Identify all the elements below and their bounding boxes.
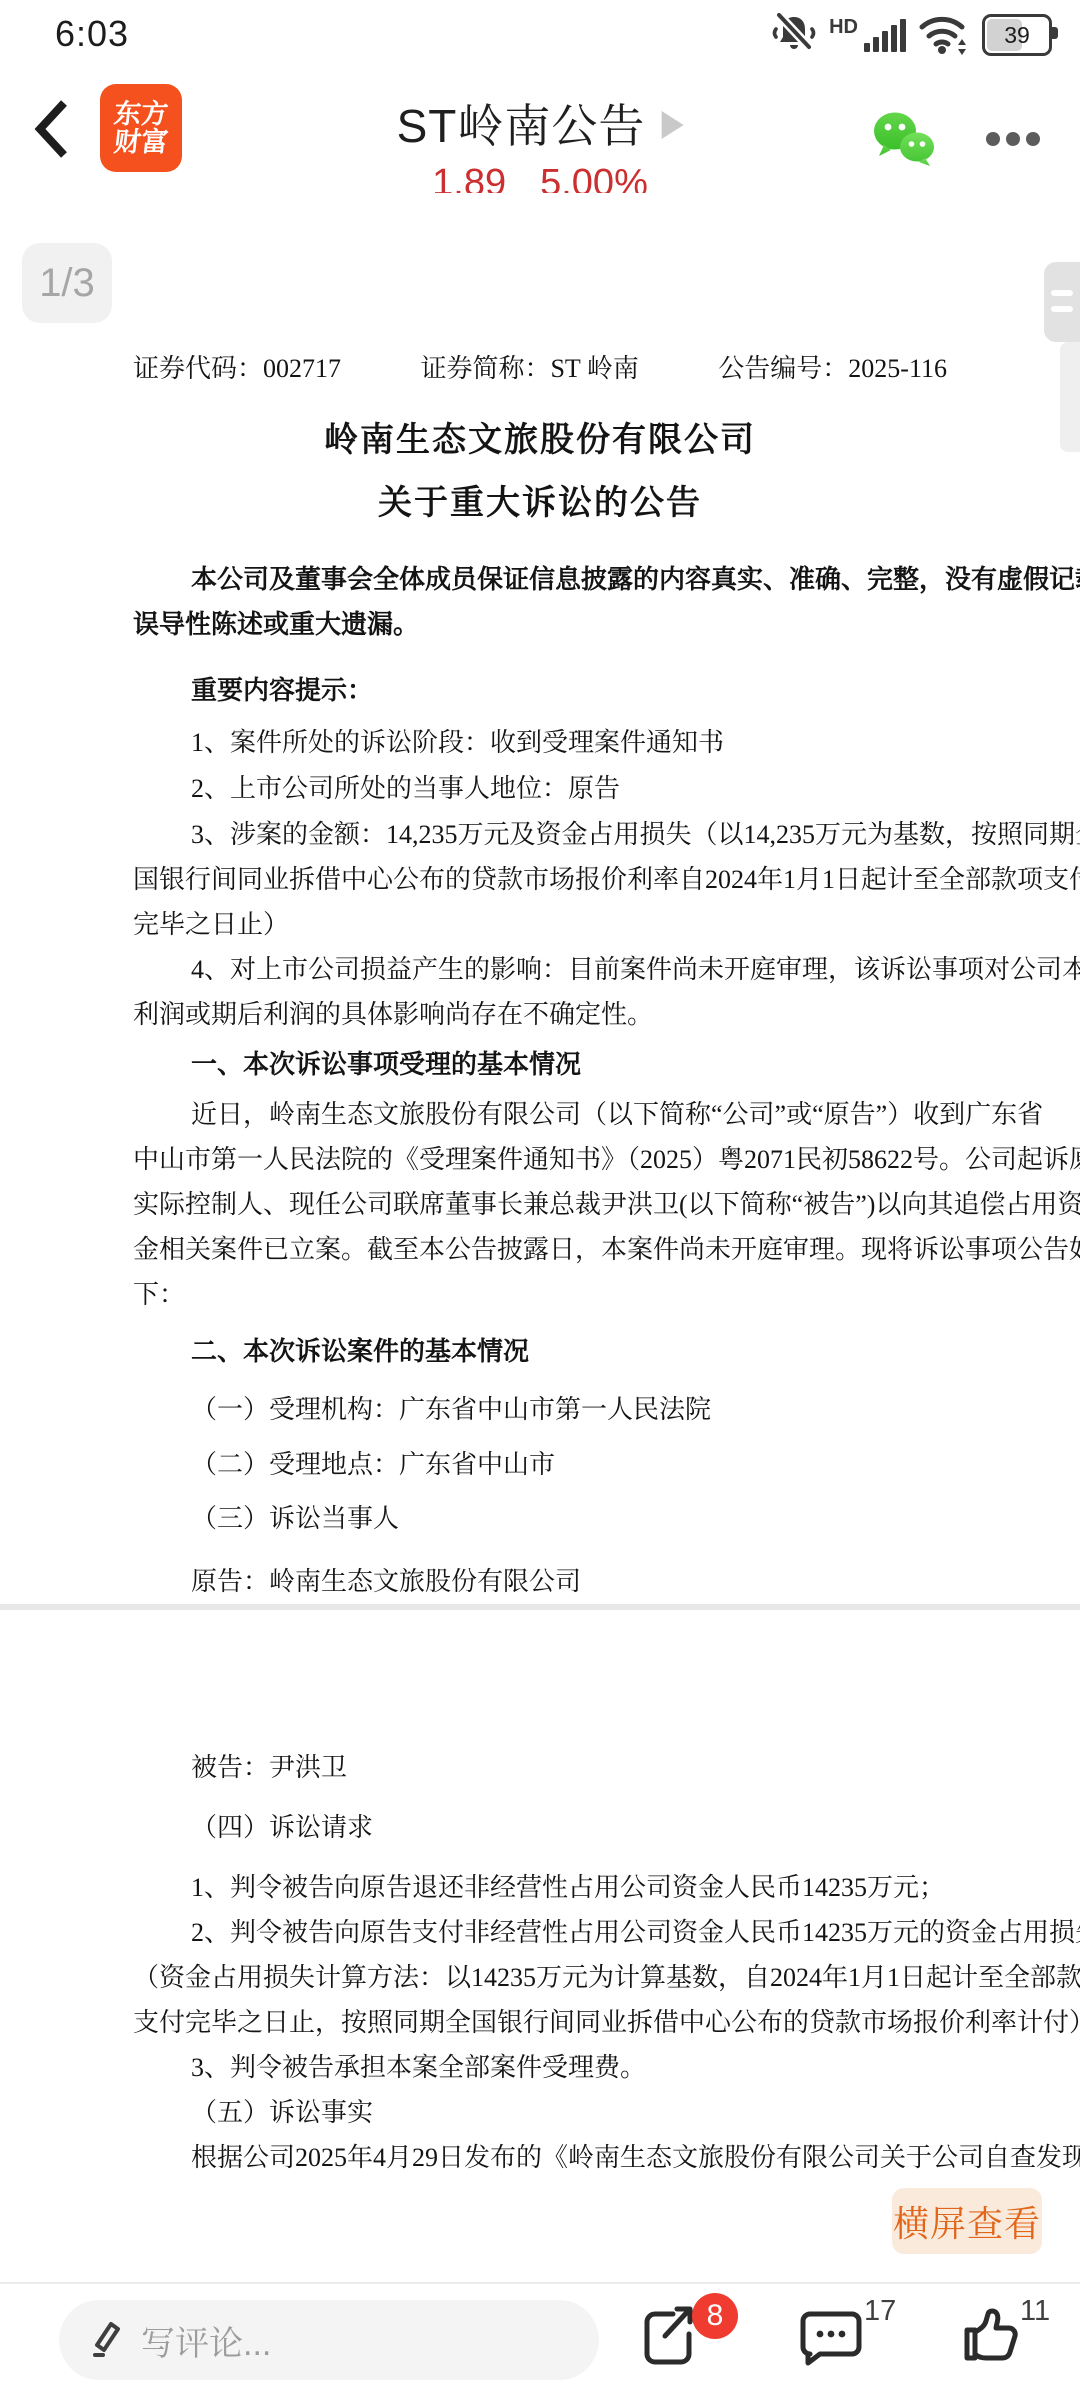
comments-icon[interactable]: [800, 2310, 862, 2371]
landscape-view-button[interactable]: 横屏查看: [892, 2188, 1042, 2254]
page-separator: [0, 1604, 1080, 1610]
doc-line: 关于重大诉讼的公告: [133, 478, 947, 530]
back-icon[interactable]: [30, 98, 74, 160]
doc-line: 3、判令被告承担本案全部案件受理费。: [133, 2045, 947, 2090]
doc-line: 支付完毕之日止，按照同期全国银行间同业拆借中心公布的贷款市场报价利率计付）；: [133, 2000, 947, 2045]
logo-text-top: 东方: [113, 100, 170, 128]
signal-strength-icon: [864, 18, 906, 52]
comment-placeholder: 写评论...: [141, 2316, 271, 2365]
doc-meta-field: 公告编号：2025-116: [718, 346, 947, 391]
like-count: 11: [1020, 2295, 1050, 2328]
doc-line: 近日，岭南生态文旅股份有限公司（以下简称“公司”或“原告”）收到广东省: [133, 1092, 947, 1137]
doc-line: 中山市第一人民法院的《受理案件通知书》（2025）粤2071民初58622号。公…: [133, 1137, 947, 1182]
doc-line: 利润或期后利润的具体影响尚存在不确定性。: [133, 992, 947, 1037]
status-bar: 6:03 HD: [0, 0, 1080, 70]
clock: 6:03: [55, 13, 129, 55]
document-text: 证券代码：002717证券简称：ST 岭南公告编号：2025-116岭南生态文旅…: [0, 193, 1080, 2180]
share-icon[interactable]: [641, 2304, 697, 2373]
page-title: ST岭南公告: [397, 90, 646, 156]
doc-line: 本公司及董事会全体成员保证信息披露的内容真实、准确、完整，没有虚假记载、: [133, 557, 947, 602]
doc-line: 岭南生态文旅股份有限公司: [133, 415, 947, 467]
doc-line: （二）受理地点：广东省中山市: [133, 1442, 947, 1487]
battery-percent: 39: [1004, 22, 1030, 49]
doc-line: 根据公司2025年4月29日发布的《岭南生态文旅股份有限公司关于公司自查发现原: [133, 2135, 947, 2180]
doc-line: 4、对上市公司损益产生的影响：目前案件尚未开庭审理，该诉讼事项对公司本期: [133, 947, 947, 992]
wechat-share-icon[interactable]: [872, 110, 938, 173]
doc-line: 实际控制人、现任公司联席董事长兼总裁尹洪卫(以下简称“被告”)以向其追偿占用资: [133, 1182, 947, 1227]
doc-line: （五）诉讼事实: [133, 2090, 947, 2135]
doc-line: 1、判令被告向原告退还非经营性占用公司资金人民币14235万元；: [133, 1865, 947, 1910]
document-page-1: 证券代码：002717证券简称：ST 岭南公告编号：2025-116岭南生态文旅…: [133, 346, 947, 1604]
doc-line: 2、上市公司所处的当事人地位：原告: [133, 766, 947, 811]
page-indicator: 1/3: [22, 243, 112, 323]
doc-line: 3、涉案的金额：14,235万元及资金占用损失（以14,235万元为基数，按照同…: [133, 812, 947, 857]
comment-count: 17: [864, 2295, 896, 2328]
scrollbar-thumb[interactable]: [1060, 342, 1080, 452]
more-menu-icon[interactable]: [986, 132, 1040, 146]
logo-text-bottom: 财富: [113, 128, 170, 156]
doc-line: 1、案件所处的诉讼阶段：收到受理案件通知书: [133, 720, 947, 765]
comment-input[interactable]: 写评论...: [59, 2300, 599, 2380]
screen: { "status_bar": { "time": "6:03", "netwo…: [0, 0, 1080, 2400]
announcement-document[interactable]: 证券代码：002717证券简称：ST 岭南公告编号：2025-116岭南生态文旅…: [0, 193, 1080, 2284]
eastmoney-logo[interactable]: 东方 财富: [100, 84, 182, 172]
doc-line: 一、本次诉讼事项受理的基本情况: [133, 1042, 947, 1087]
bottom-action-bar: 写评论... 8 17 11: [0, 2282, 1080, 2400]
doc-line: （四）诉讼请求: [133, 1805, 947, 1850]
doc-line: （资金占用损失计算方法：以14235万元为计算基数，自2024年1月1日起计至全…: [133, 1955, 947, 2000]
pencil-icon: [87, 2317, 125, 2364]
doc-line: 2、判令被告向原告支付非经营性占用公司资金人民币14235万元的资金占用损失: [133, 1910, 947, 1955]
mute-bell-icon: [771, 11, 817, 60]
doc-line: （一）受理机构：广东省中山市第一人民法院: [133, 1387, 947, 1432]
header-title-block[interactable]: ST岭南公告 1.89 5.00%: [397, 90, 684, 205]
doc-line: 金相关案件已立案。截至本公告披露日，本案件尚未开庭审理。现将诉讼事项公告如: [133, 1227, 947, 1272]
doc-line: 原告：岭南生态文旅股份有限公司: [133, 1559, 947, 1604]
doc-line: （三）诉讼当事人: [133, 1496, 947, 1541]
doc-line: 证券代码：002717证券简称：ST 岭南公告编号：2025-116: [133, 346, 947, 391]
doc-line: 二、本次诉讼案件的基本情况: [133, 1329, 947, 1374]
doc-line: 下：: [133, 1272, 947, 1317]
wifi-icon: [918, 11, 970, 60]
app-header: 东方 财富 ST岭南公告 1.89 5.00%: [0, 70, 1080, 195]
doc-line: 被告：尹洪卫: [133, 1745, 947, 1790]
battery-icon: 39: [982, 14, 1052, 56]
doc-meta-field: 证券代码：002717: [133, 346, 341, 391]
doc-line: 重要内容提示：: [133, 668, 947, 713]
hd-indicator: HD: [829, 16, 858, 39]
doc-line: 完毕之日止）: [133, 902, 947, 947]
document-page-2: 被告：尹洪卫（四）诉讼请求1、判令被告向原告退还非经营性占用公司资金人民币142…: [133, 1745, 947, 2180]
scrollbar-handle[interactable]: [1044, 262, 1080, 342]
doc-meta-field: 证券简称：ST 岭南: [420, 346, 638, 391]
play-audio-icon[interactable]: [661, 111, 683, 139]
like-icon[interactable]: [962, 2304, 1018, 2369]
doc-line: 误导性陈述或重大遗漏。: [133, 602, 947, 647]
doc-line: 国银行间同业拆借中心公布的贷款市场报价利率自2024年1月1日起计至全部款项支付: [133, 857, 947, 902]
share-badge: 8: [692, 2293, 738, 2339]
